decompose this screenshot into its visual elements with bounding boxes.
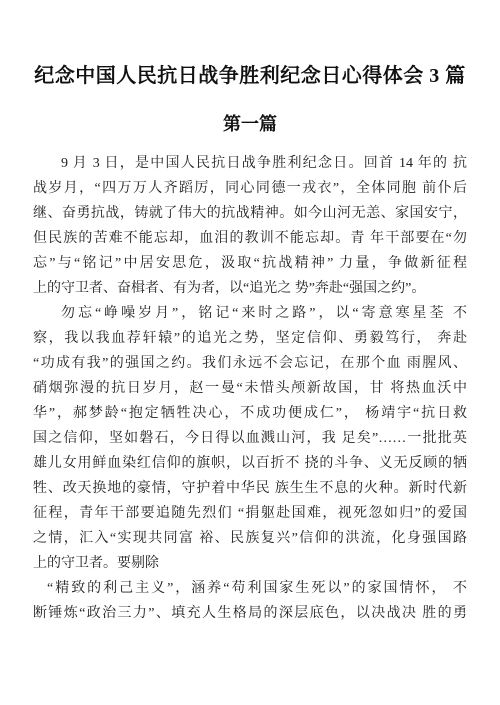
body-text-line: 但民族的苦难不能忘却，血泪的教训不能忘却。青 年干部要在“勿 [33, 226, 467, 251]
document-body: 9 月 3 日，是中国人民抗日战争胜利纪念日。回首 14 年的 抗战岁月，“四万… [33, 151, 467, 626]
body-text-line: 9 月 3 日，是中国人民抗日战争胜利纪念日。回首 14 年的 抗 [33, 151, 467, 176]
body-text-line: 雄儿女用鲜血染红信仰的旗帜，以百折不 挠的斗争、义无反顾的牺 [33, 451, 467, 476]
paragraph-3: “精致的利己主义”，涵养“苟利国家生死以”的家国情怀， 不断锤炼“政治三力”、填… [33, 576, 467, 626]
section-heading: 第一篇 [0, 90, 500, 137]
body-text-line: 上的守卫者。要剔除 [33, 551, 467, 576]
body-text-line: 察，我以我血荐轩辕”的追光之势，坚定信仰、勇毅笃行， 奔赴 [33, 326, 467, 351]
body-text-line: 战岁月，“四万万人齐蹈厉，同心同德一戎衣”，全体同胞 前仆后 [33, 176, 467, 201]
paragraph-2: 勿忘“峥噪岁月”，铭记“来时之路”，以“寄意寒星荃 不察，我以我血荐轩辕”的追光… [33, 301, 467, 576]
body-text-line: 华”，郝梦龄“抱定牺牲决心，不成功便成仁”， 杨靖宇“抗日救 [33, 401, 467, 426]
paragraph-1: 9 月 3 日，是中国人民抗日战争胜利纪念日。回首 14 年的 抗战岁月，“四万… [33, 151, 467, 301]
body-text-line: 国之信仰，坚如磐石，今日得以血溅山河，我 足矣”……一批批英 [33, 426, 467, 451]
body-text-line: 上的守卫者、奋楫者、有为者，以“追光之 势”奔赴“强国之约”。 [33, 276, 467, 301]
document-title: 纪念中国人民抗日战争胜利纪念日心得体会 3 篇 [0, 0, 500, 90]
body-text-line: 硝烟弥漫的抗日岁月，赵一曼“未惜头颅新故国，甘 将热血沃中 [33, 376, 467, 401]
body-text-line: 继、奋勇抗战，铸就了伟大的抗战精神。如今山河无恙、家国安宁， [33, 201, 467, 226]
body-text-line: 忘”与“铭记”中居安思危，汲取“抗战精神” 力量，争做新征程 [33, 251, 467, 276]
body-text-line: 之情，汇入“实现共同富 裕、民族复兴”信仰的洪流，化身强国路 [33, 526, 467, 551]
body-text-line: 牲、改天换地的豪情，守护着中华民 族生生不息的火种。新时代新 [33, 476, 467, 501]
body-text-line: “功成有我”的强国之约。我们永远不会忘记，在那个血 雨腥风、 [33, 351, 467, 376]
body-text-line: 征程，青年干部要追随先烈们 “捐躯赴国难，视死忽如归”的爱国 [33, 501, 467, 526]
body-text-line: 勿忘“峥噪岁月”，铭记“来时之路”，以“寄意寒星荃 不 [33, 301, 467, 326]
document-page: 纪念中国人民抗日战争胜利纪念日心得体会 3 篇 第一篇 9 月 3 日，是中国人… [0, 0, 500, 705]
body-text-line: “精致的利己主义”，涵养“苟利国家生死以”的家国情怀， 不 [33, 576, 467, 601]
body-text-line: 断锤炼“政治三力”、填充人生格局的深层底色，以决战决 胜的勇 [33, 601, 467, 626]
